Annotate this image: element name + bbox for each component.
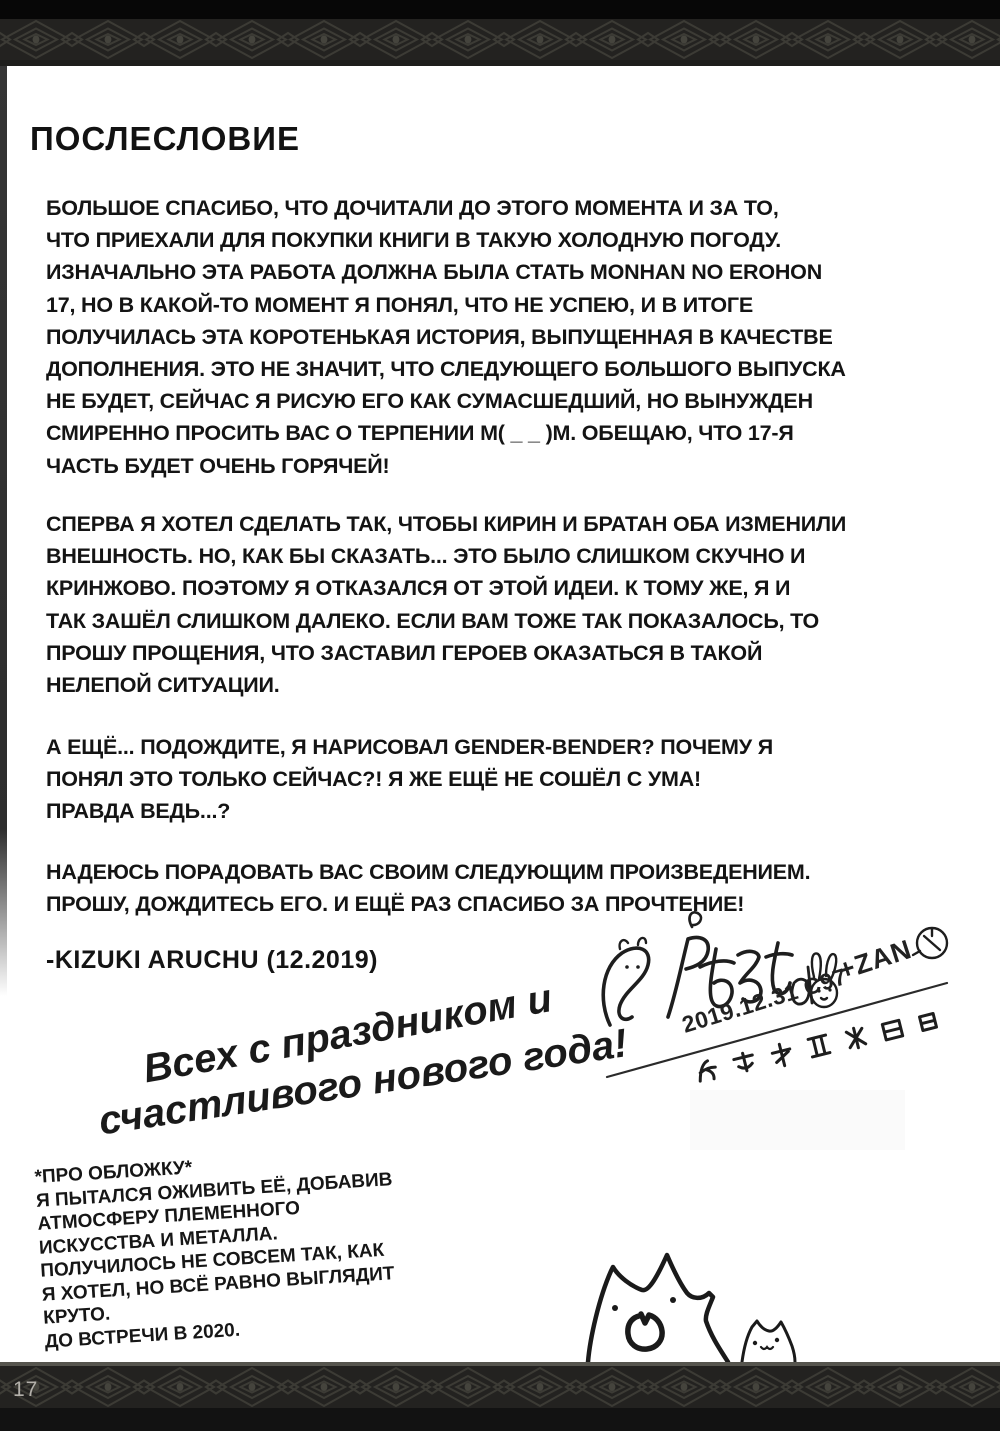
text-line: 17, НО В КАКОЙ-ТО МОМЕНТ Я ПОНЯЛ, ЧТО НЕ… [46, 289, 976, 321]
cover-note: *ПРО ОБЛОЖКУ* Я ПЫТАЛСЯ ОЖИВИТЬ ЕЁ, ДОБА… [34, 1143, 425, 1354]
text-line: ТАК ЗАШЁЛ СЛИШКОМ ДАЛЕКО. ЕСЛИ ВАМ ТОЖЕ … [46, 605, 976, 637]
page-gutter-shadow [0, 66, 7, 996]
text-line: А ЕЩЁ... ПОДОЖДИТЕ, Я НАРИСОВАЛ GENDER-B… [46, 731, 976, 763]
small-cat-doodle [742, 1321, 795, 1362]
text-line: БОЛЬШОЕ СПАСИБО, ЧТО ДОЧИТАЛИ ДО ЭТОГО М… [46, 192, 976, 224]
text-line: ИЗНАЧАЛЬНО ЭТА РАБОТА ДОЛЖНА БЫЛА СТАТЬ … [46, 256, 976, 288]
page-number: 17 [13, 1378, 38, 1402]
big-cat-doodle [588, 1255, 728, 1362]
circle-doodle [913, 928, 947, 958]
bottom-border-diamond-pattern [0, 1366, 1000, 1408]
text-line: ПРАВДА ВЕДЬ...? [46, 795, 976, 827]
top-border-black-strip [0, 0, 1000, 19]
text-line: ПОЛУЧИЛАСЬ ЭТА КОРОТЕНЬКАЯ ИСТОРИЯ, ВЫПУ… [46, 321, 976, 353]
afterword-paragraph-1: БОЛЬШОЕ СПАСИБО, ЧТО ДОЧИТАЛИ ДО ЭТОГО М… [46, 192, 976, 482]
afterword-paragraph-2: СПЕРВА Я ХОТЕЛ СДЕЛАТЬ ТАК, ЧТОБЫ КИРИН … [46, 508, 976, 701]
author-signature-text: -KIZUKI ARUCHU (12.2019) [46, 946, 378, 975]
text-line: НЕЛЕПОЙ СИТУАЦИИ. [46, 669, 976, 701]
bottom-decorative-border [0, 1362, 1000, 1431]
cat-doodles [555, 1243, 805, 1362]
text-line: СПЕРВА Я ХОТЕЛ СДЕЛАТЬ ТАК, ЧТОБЫ КИРИН … [46, 508, 976, 540]
text-line: ЧТО ПРИЕХАЛИ ДЛЯ ПОКУПКИ КНИГИ В ТАКУЮ Х… [46, 224, 976, 256]
text-line: НЕ БУДЕТ, СЕЙЧАС Я РИСУЮ ЕГО КАК СУМАСШЕ… [46, 385, 976, 417]
text-line: НАДЕЮСЬ ПОРАДОВАТЬ ВАС СВОИМ СЛЕДУЮЩИМ П… [46, 856, 976, 888]
zan-credit-handwriting: +ZAN [835, 934, 916, 986]
top-border-edge-line [0, 60, 1000, 66]
text-line: ПРОШУ ПРОЩЕНИЯ, ЧТО ЗАСТАВИЛ ГЕРОЕВ ОКАЗ… [46, 637, 976, 669]
top-decorative-border [0, 0, 1000, 66]
text-line: ВНЕШНОСТЬ. НО, КАК БЫ СКАЗАТЬ... ЭТО БЫЛ… [46, 540, 976, 572]
page-title: ПОСЛЕСЛОВИЕ [30, 120, 300, 158]
manga-afterword-page: ПОСЛЕСЛОВИЕ БОЛЬШОЕ СПАСИБО, ЧТО ДОЧИТАЛ… [0, 0, 1000, 1431]
bottom-border-black-strip [0, 1408, 1000, 1431]
afterword-paragraph-3: А ЕЩЁ... ПОДОЖДИТЕ, Я НАРИСОВАЛ GENDER-B… [46, 731, 976, 828]
text-line: ПОНЯЛ ЭТО ТОЛЬКО СЕЙЧАС?! Я ЖЕ ЕЩЁ НЕ СО… [46, 763, 976, 795]
handwritten-signature-block: +ZAN 2019.12.31 C97 [580, 905, 980, 1105]
text-line: КРИНЖОВО. ПОЭТОМУ Я ОТКАЗАЛСЯ ОТ ЭТОЙ ИД… [46, 572, 976, 604]
text-line: СМИРЕННО ПРОСИТЬ ВАС О ТЕРПЕНИИ М( _ _ )… [46, 417, 976, 449]
text-line: ЧАСТЬ БУДЕТ ОЧЕНЬ ГОРЯЧЕЙ! [46, 450, 976, 482]
text-line: ДОПОЛНЕНИЯ. ЭТО НЕ ЗНАЧИТ, ЧТО СЛЕДУЮЩЕГ… [46, 353, 976, 385]
top-border-diamond-pattern [0, 19, 1000, 60]
